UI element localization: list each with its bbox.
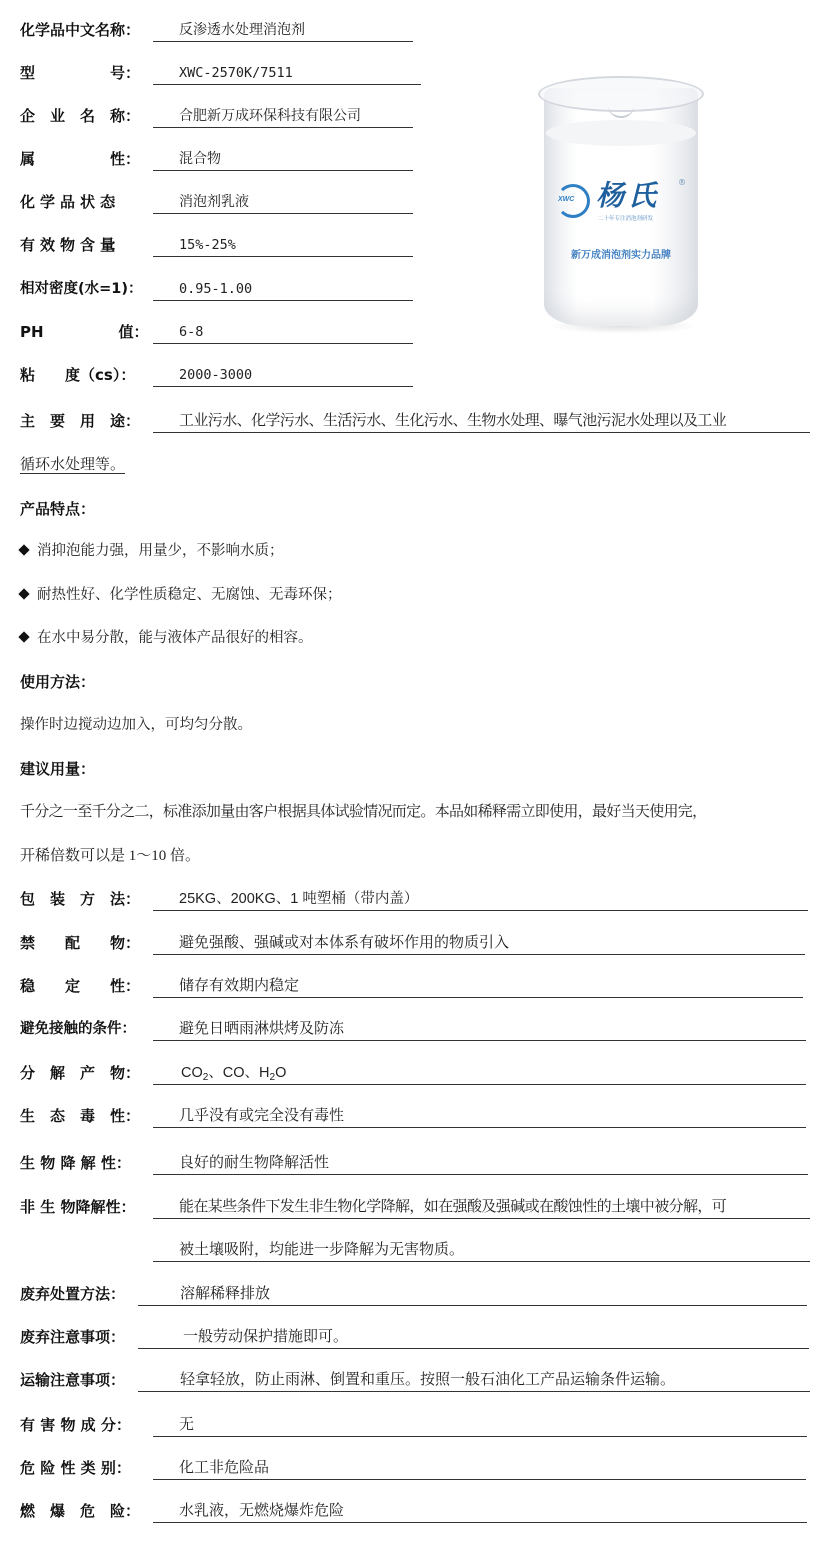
spec-row-disposal-method: 废弃处置方法： 溶解稀释排放 <box>0 1283 830 1311</box>
field-label: 化学品中文名称： <box>20 19 140 41</box>
field-label: 禁 配 物： <box>20 932 140 954</box>
brand-tagline: 二十年专注消泡剂研发 <box>598 214 653 222</box>
field-label: 危 险 性 类 别： <box>20 1457 131 1479</box>
spec-row-incompatible: 禁 配 物： 避免强酸、强碱或对本体系有破坏作用的物质引入 <box>0 932 830 960</box>
brand-slogan: 新万成消泡剂实力品牌 <box>550 246 692 261</box>
field-label: 非 生 物降解性： <box>20 1196 135 1218</box>
field-value: 2000-3000 <box>153 364 413 387</box>
field-value: 25KG、200KG、1 吨塑桶（带内盖） <box>153 888 808 911</box>
field-label: 分 解 产 物： <box>20 1062 140 1084</box>
field-value: 避免日晒雨淋烘烤及防冻 <box>153 1018 806 1041</box>
field-label: 稳 定 性： <box>20 975 140 997</box>
field-value: 6-8 <box>153 321 413 344</box>
brand-name: 杨氏 <box>596 178 660 214</box>
registered-mark: ® <box>678 178 686 187</box>
field-label: 属 性： <box>20 148 140 170</box>
field-label: 粘 度（cs）： <box>20 364 135 386</box>
field-value: 良好的耐生物降解活性 <box>153 1152 808 1175</box>
field-value: XWC-2570K/7511 <box>153 62 421 85</box>
spec-row-abiotic-degradation: 非 生 物降解性： 能在某些条件下发生非生物化学降解，如在强酸及强碱或在酸蚀性的… <box>0 1196 830 1224</box>
spec-row-disposal-notes: 废弃注意事项： 一般劳动保护措施即可。 <box>0 1326 830 1354</box>
beaker-spout <box>608 94 634 118</box>
features-heading: 产品特点： <box>20 498 95 520</box>
feature-item: 消抑泡能力强，用量少，不影响水质； <box>20 540 284 562</box>
spec-row-ecotoxicity: 生 态 毒 性： 几乎没有或完全没有毒性 <box>0 1105 830 1133</box>
field-value: 无 <box>153 1414 807 1437</box>
field-value: 避免强酸、强碱或对本体系有破坏作用的物质引入 <box>153 932 805 955</box>
method-text: 操作时边搅动边加入，可均匀分散。 <box>20 714 252 736</box>
brand-logo: XWC 杨氏 ® 二十年专注消泡剂研发 <box>556 178 686 238</box>
field-label: 企 业 名 称： <box>20 105 140 127</box>
field-label: 有 害 物 成 分： <box>20 1414 131 1436</box>
spec-row-packaging: 包 装 方 法： 25KG、200KG、1 吨塑桶（带内盖） <box>0 888 830 916</box>
field-label: 废弃注意事项： <box>20 1326 125 1348</box>
field-label: PH 值： <box>20 321 149 343</box>
liquid-surface <box>546 120 696 146</box>
field-value: 溶解稀释排放 <box>138 1283 807 1306</box>
spec-row-hazard-class: 危 险 性 类 别： 化工非危险品 <box>0 1457 830 1485</box>
dosage-text-line-2: 开稀倍数可以是 1～10 倍。 <box>20 845 200 867</box>
spec-row-biodegradability: 生 物 降 解 性： 良好的耐生物降解活性 <box>0 1152 830 1180</box>
feature-item: 耐热性好、化学性质稳定、无腐蚀、无毒环保； <box>20 584 342 606</box>
feature-item: 在水中易分散，能与液体产品很好的相容。 <box>20 627 313 649</box>
diamond-bullet-icon <box>18 588 29 599</box>
field-value: 工业污水、化学污水、生活污水、生化污水、生物水处理、曝气池污泥水处理以及工业 <box>153 410 810 433</box>
field-value: 15%-25% <box>153 234 413 257</box>
field-value: CO2、CO、H2O <box>153 1062 806 1085</box>
field-value: 轻拿轻放，防止雨淋、倒置和重压。按照一般石油化工产品运输条件运输。 <box>138 1369 810 1392</box>
spec-row-transport-notes: 运输注意事项： 轻拿轻放，防止雨淋、倒置和重压。按照一般石油化工产品运输条件运输… <box>0 1369 830 1397</box>
spec-row-stability: 稳 定 性： 储存有效期内稳定 <box>0 975 830 1003</box>
field-value: 储存有效期内稳定 <box>153 975 803 998</box>
field-value: 0.95-1.00 <box>153 278 413 301</box>
usage-line-2: 循环水处理等。 <box>20 454 125 476</box>
field-value: 能在某些条件下发生非生物化学降解，如在强酸及强碱或在酸蚀性的土壤中被分解，可 <box>153 1196 810 1219</box>
field-label: 有 效 物 含 量： <box>20 234 120 256</box>
field-value: 合肥新万成环保科技有限公司 <box>153 105 413 128</box>
spec-row-hazardous-components: 有 害 物 成 分： 无 <box>0 1414 830 1442</box>
field-label: 运输注意事项： <box>20 1369 125 1391</box>
field-value: 混合物 <box>153 148 413 171</box>
spec-row-decomposition: 分 解 产 物： CO2、CO、H2O <box>0 1062 830 1090</box>
field-value: 几乎没有或完全没有毒性 <box>153 1105 806 1128</box>
spec-row-abiotic-degradation-cont: 被土壤吸附，均能进一步降解为无害物质。 <box>0 1239 830 1267</box>
field-label: 相对密度(水=1)： <box>20 278 143 300</box>
field-value: 被土壤吸附，均能进一步降解为无害物质。 <box>153 1239 810 1262</box>
dosage-heading: 建议用量： <box>20 758 95 780</box>
field-label: 避免接触的条件： <box>20 1018 136 1040</box>
diamond-bullet-icon <box>18 631 29 642</box>
field-label: 生 物 降 解 性： <box>20 1152 131 1174</box>
field-label: 型 号： <box>20 62 140 84</box>
field-label: 包 装 方 法： <box>20 888 140 910</box>
field-value: 消泡剂乳液 <box>153 191 413 214</box>
field-value: 一般劳动保护措施即可。 <box>138 1326 809 1349</box>
usage-row: 主 要 用 途： 工业污水、化学污水、生活污水、生化污水、生物水处理、曝气池污泥… <box>0 410 830 438</box>
field-label: 主 要 用 途： <box>20 410 140 432</box>
product-beaker-image: XWC 杨氏 ® 二十年专注消泡剂研发 新万成消泡剂实力品牌 <box>538 68 706 338</box>
spec-row-viscosity: 粘 度（cs）： 2000-3000 <box>0 364 830 392</box>
field-label: 废弃处置方法： <box>20 1283 125 1305</box>
field-value: 化工非危险品 <box>153 1457 806 1480</box>
field-label: 燃 爆 危 险： <box>20 1500 140 1522</box>
logo-mark: XWC <box>558 196 574 203</box>
dosage-text-line-1: 千分之一至千分之二，标准添加量由客户根据具体试验情况而定。本品如稀释需立即使用，… <box>20 801 706 823</box>
field-label: 生 态 毒 性： <box>20 1105 140 1127</box>
diamond-bullet-icon <box>18 544 29 555</box>
spec-row-avoid-conditions: 避免接触的条件： 避免日晒雨淋烘烤及防冻 <box>0 1018 830 1046</box>
field-label: 化 学 品 状 态： <box>20 191 120 213</box>
method-heading: 使用方法： <box>20 671 95 693</box>
field-value: 反渗透水处理消泡剂 <box>153 19 413 42</box>
spec-row-chinese-name: 化学品中文名称： 反渗透水处理消泡剂 <box>0 19 830 47</box>
spec-row-explosion-hazard: 燃 爆 危 险： 水乳液，无燃烧爆炸危险 <box>0 1500 830 1528</box>
field-value: 水乳液，无燃烧爆炸危险 <box>153 1500 807 1523</box>
